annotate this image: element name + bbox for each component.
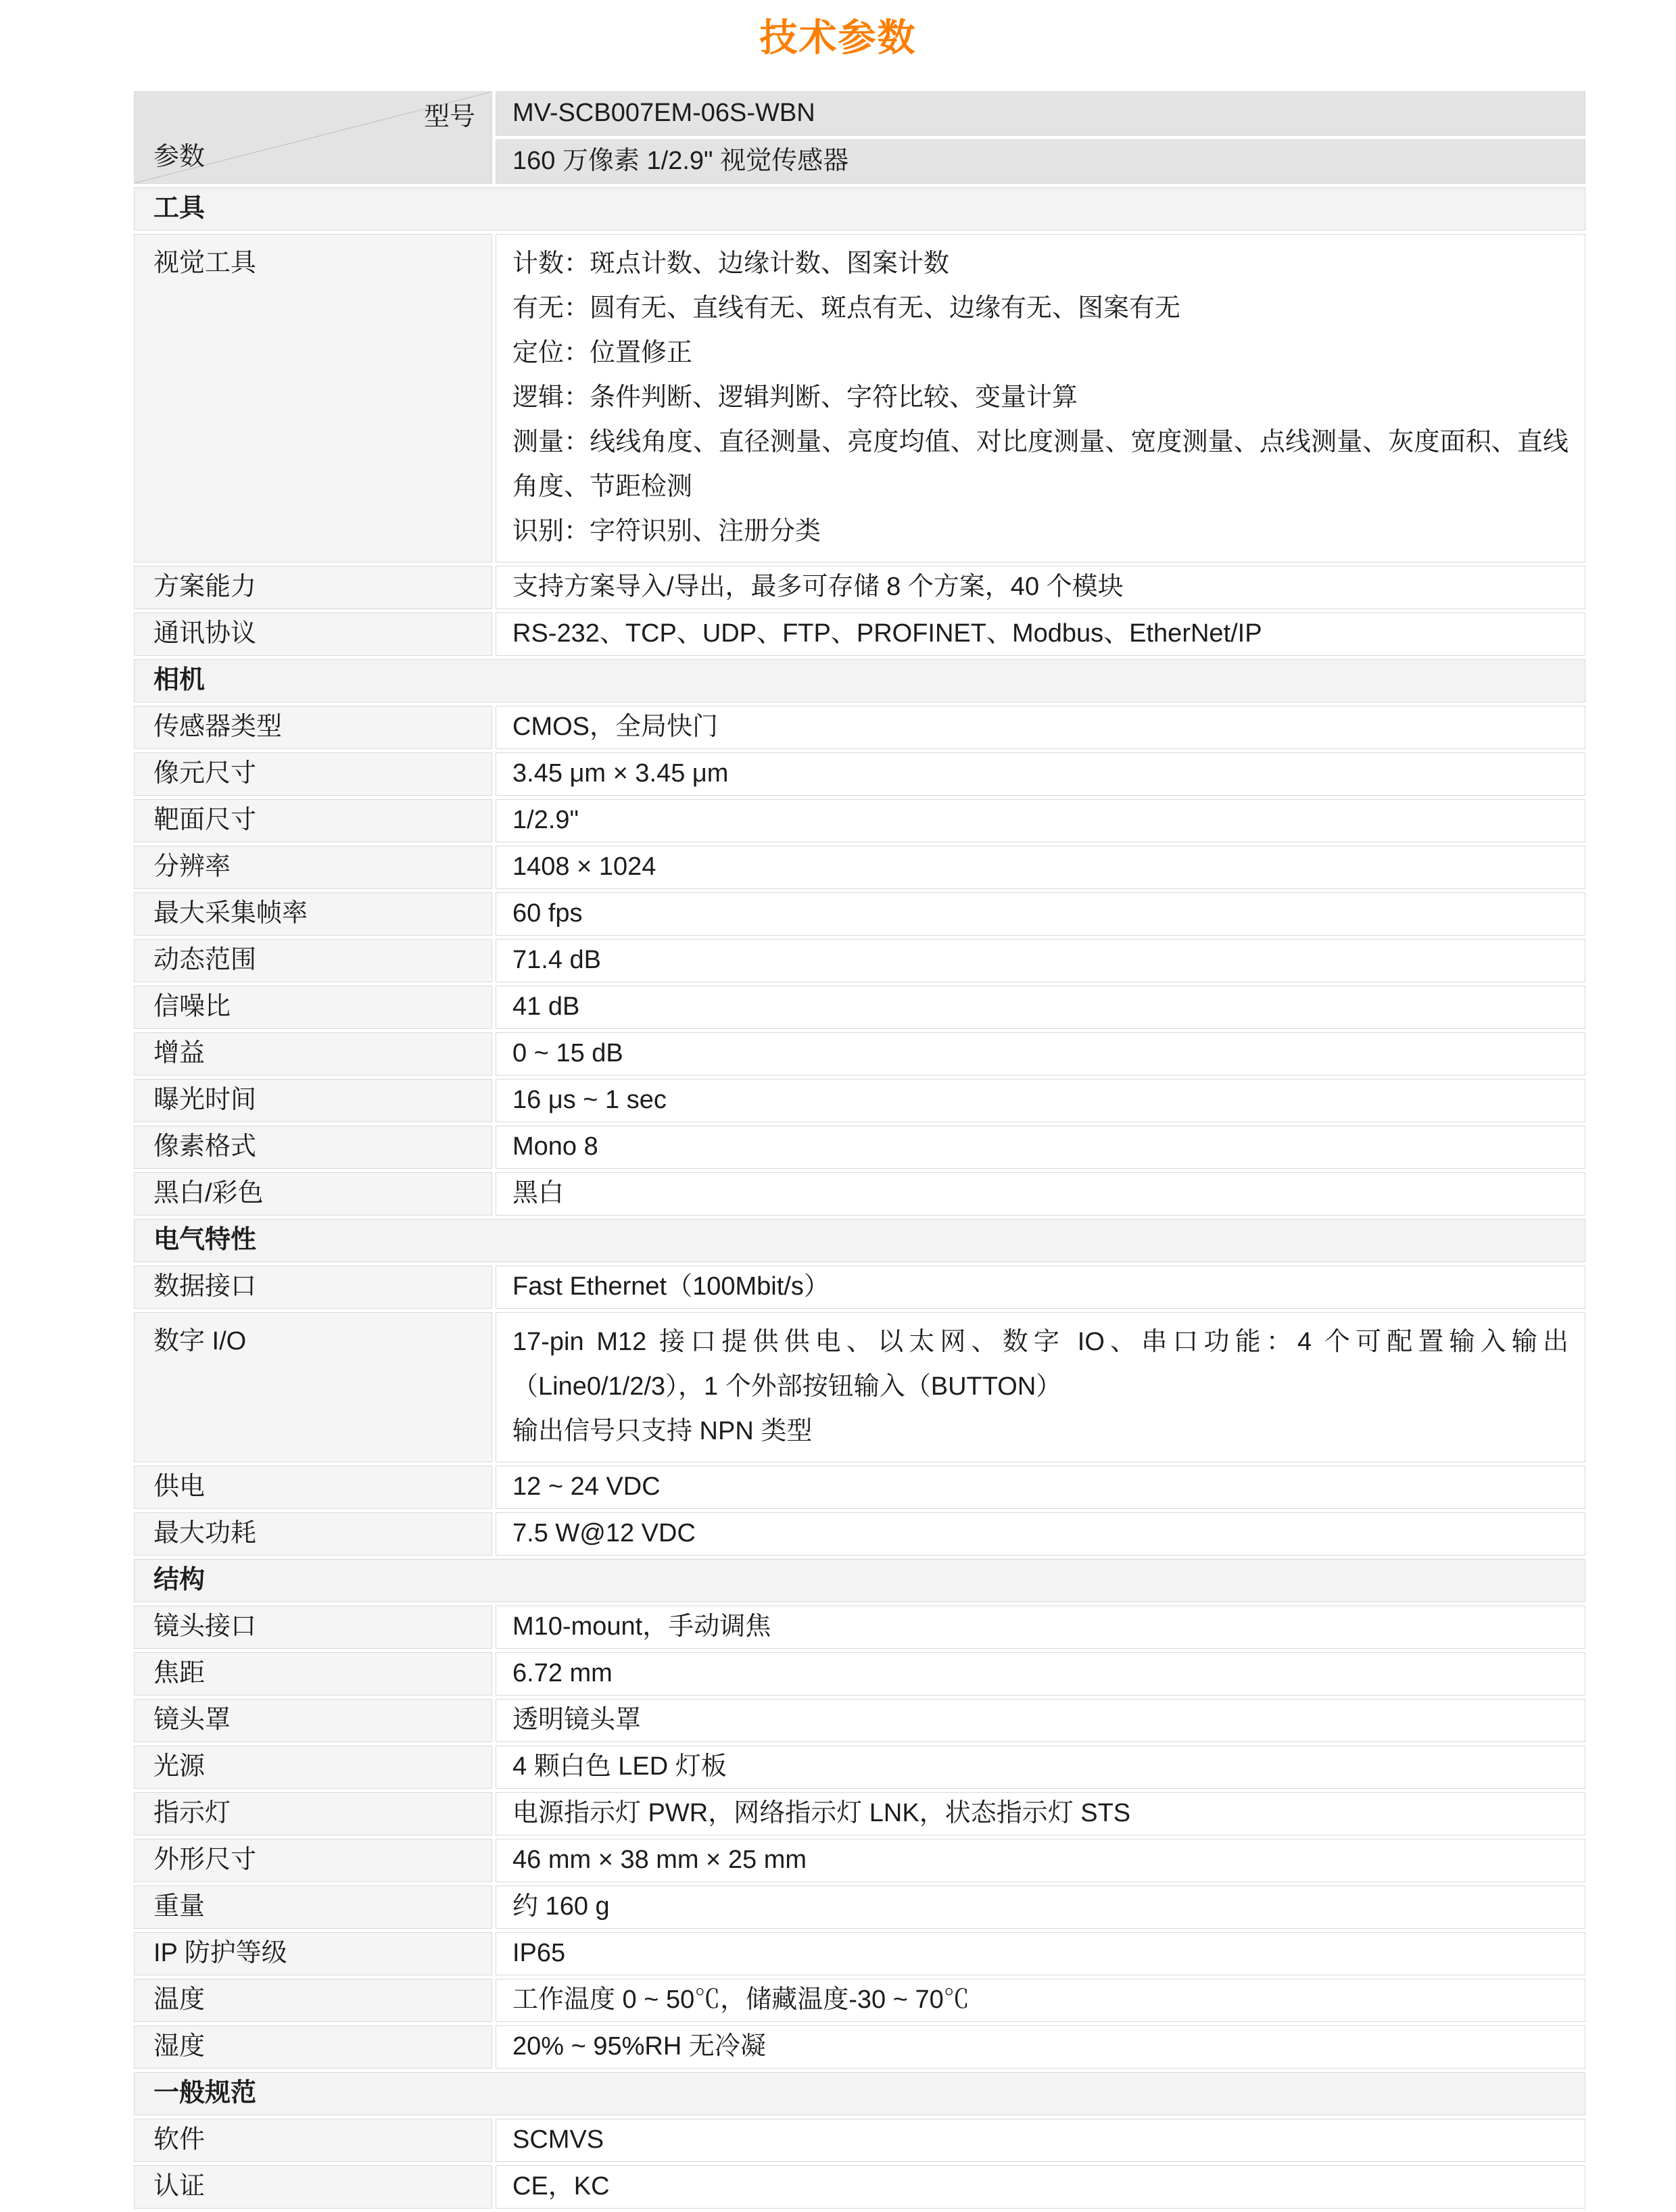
spec-value-line: 1408 × 1024 [512,852,1569,882]
spec-value: 1/2.9" [496,799,1585,842]
spec-label: 通讯协议 [134,612,492,656]
table-row: 动态范围71.4 dB [134,939,1585,982]
spec-label: 供电 [134,1466,492,1509]
spec-value: 电源指示灯 PWR，网络指示灯 LNK，状态指示灯 STS [496,1792,1585,1835]
spec-label: 最大功耗 [134,1512,492,1556]
table-row: 焦距6.72 mm [134,1652,1585,1696]
spec-label: 湿度 [134,2025,492,2069]
table-row: 传感器类型CMOS，全局快门 [134,706,1585,749]
spec-value-line: 支持方案导入/导出，最多可存储 8 个方案，40 个模块 [512,573,1569,602]
spec-value-line: 71.4 dB [512,946,1569,976]
spec-value-line: 3.45 μm × 3.45 μm [512,759,1569,789]
spec-label: 认证 [134,2165,492,2209]
spec-value: 1408 × 1024 [496,846,1585,889]
diagonal-header-cell: 型号 参数 [134,91,492,184]
spec-value-line: 7.5 W@12 VDC [512,1519,1569,1549]
spec-value: 17-pin M12 接口提供供电、以太网、数字 IO、串口功能：4 个可配置输… [496,1312,1585,1462]
spec-value: CMOS，全局快门 [496,706,1585,749]
spec-value: M10-mount，手动调焦 [496,1606,1585,1649]
table-row: 最大功耗7.5 W@12 VDC [134,1512,1585,1556]
section-title: 一般规范 [134,2072,1585,2115]
section-header-row: 电气特性 [134,1219,1585,1262]
spec-value-line: 41 dB [512,992,1569,1022]
spec-value-line: 16 μs ~ 1 sec [512,1086,1569,1115]
spec-label: 软件 [134,2119,492,2162]
spec-value: 71.4 dB [496,939,1585,982]
section-header-row: 工具 [134,187,1585,231]
spec-label: 黑白/彩色 [134,1172,492,1216]
section-header-row: 一般规范 [134,2072,1585,2115]
spec-value: 16 μs ~ 1 sec [496,1079,1585,1122]
table-row: 数字 I/O17-pin M12 接口提供供电、以太网、数字 IO、串口功能：4… [134,1312,1585,1462]
spec-label: 外形尺寸 [134,1839,492,1882]
spec-value: SCMVS [496,2119,1585,2162]
spec-value: 6.72 mm [496,1652,1585,1696]
spec-value-line: 约 160 g [512,1892,1569,1922]
spec-value-line: 20% ~ 95%RH 无冷凝 [512,2032,1569,2062]
spec-label: 重量 [134,1885,492,1929]
section-title: 相机 [134,659,1585,702]
table-row: 靶面尺寸1/2.9" [134,799,1585,842]
spec-value-line: CMOS，全局快门 [512,713,1569,742]
table-row: 镜头接口M10-mount，手动调焦 [134,1606,1585,1649]
table-row: IP 防护等级IP65 [134,1932,1585,1975]
spec-value-line: 计数：斑点计数、边缘计数、图案计数 [512,241,1569,286]
spec-label: 像元尺寸 [134,752,492,796]
spec-value: 3.45 μm × 3.45 μm [496,752,1585,796]
table-row: 方案能力支持方案导入/导出，最多可存储 8 个方案，40 个模块 [134,566,1585,609]
table-row: 认证CE，KC [134,2165,1585,2209]
spec-value-line: 逻辑：条件判断、逻辑判断、字符比较、变量计算 [512,375,1569,420]
spec-value: 约 160 g [496,1885,1585,1929]
spec-value: 工作温度 0 ~ 50℃，储藏温度-30 ~ 70℃ [496,1979,1585,2022]
spec-label: IP 防护等级 [134,1932,492,1975]
table-row: 温度工作温度 0 ~ 50℃，储藏温度-30 ~ 70℃ [134,1979,1585,2022]
spec-value-line: 0 ~ 15 dB [512,1039,1569,1069]
spec-value: 41 dB [496,986,1585,1029]
spec-value: Mono 8 [496,1126,1585,1169]
spec-value-line: RS-232、TCP、UDP、FTP、PROFINET、Modbus、Ether… [512,619,1569,649]
spec-value-line: 测量：线线角度、直径测量、亮度均值、对比度测量、宽度测量、点线测量、灰度面积、直… [512,420,1569,509]
spec-value-line: SCMVS [512,2125,1569,2155]
spec-value: 0 ~ 15 dB [496,1032,1585,1076]
spec-value-line: 透明镜头罩 [512,1706,1569,1735]
param-value: 160 万像素 1/2.9" 视觉传感器 [496,139,1585,184]
table-row: 最大采集帧率60 fps [134,892,1585,936]
spec-table: 型号 参数 MV-SCB007EM-06S-WBN 160 万像素 1/2.9"… [130,88,1589,2212]
table-row: 视觉工具计数：斑点计数、边缘计数、图案计数有无：圆有无、直线有无、斑点有无、边缘… [134,234,1585,562]
table-row: 黑白/彩色黑白 [134,1172,1585,1216]
spec-value-line: M10-mount，手动调焦 [512,1612,1569,1642]
table-row: 镜头罩透明镜头罩 [134,1699,1585,1742]
spec-label: 焦距 [134,1652,492,1696]
spec-label: 光源 [134,1746,492,1789]
spec-value: 计数：斑点计数、边缘计数、图案计数有无：圆有无、直线有无、斑点有无、边缘有无、图… [496,234,1585,562]
spec-label: 增益 [134,1032,492,1076]
table-row: 湿度20% ~ 95%RH 无冷凝 [134,2025,1585,2069]
table-row: 信噪比41 dB [134,986,1585,1029]
section-title: 电气特性 [134,1219,1585,1262]
spec-label: 温度 [134,1979,492,2022]
model-value: MV-SCB007EM-06S-WBN [496,91,1585,136]
spec-label: 方案能力 [134,566,492,609]
spec-label: 像素格式 [134,1126,492,1169]
spec-value: 7.5 W@12 VDC [496,1512,1585,1556]
table-row: 软件SCMVS [134,2119,1585,2162]
spec-value-line: 4 颗白色 LED 灯板 [512,1752,1569,1782]
spec-label: 数字 I/O [134,1312,492,1462]
spec-label: 动态范围 [134,939,492,982]
table-row: 供电12 ~ 24 VDC [134,1466,1585,1509]
spec-value-line: 电源指示灯 PWR，网络指示灯 LNK，状态指示灯 STS [512,1799,1569,1829]
spec-value: 20% ~ 95%RH 无冷凝 [496,2025,1585,2069]
spec-value-line: Mono 8 [512,1132,1569,1162]
spec-value: 透明镜头罩 [496,1699,1585,1742]
spec-label: 镜头接口 [134,1606,492,1649]
spec-value: Fast Ethernet（100Mbit/s） [496,1266,1585,1309]
spec-value: 12 ~ 24 VDC [496,1466,1585,1509]
table-row: 曝光时间16 μs ~ 1 sec [134,1079,1585,1122]
page-title: 技术参数 [0,0,1676,62]
model-header-label: 型号 [424,103,475,133]
spec-table-body: 型号 参数 MV-SCB007EM-06S-WBN 160 万像素 1/2.9"… [134,91,1585,2209]
spec-value-line: IP65 [512,1939,1569,1969]
table-row: 外形尺寸46 mm × 38 mm × 25 mm [134,1839,1585,1882]
spec-value-line: 46 mm × 38 mm × 25 mm [512,1846,1569,1875]
param-header-label: 参数 [153,143,205,172]
spec-value-line: CE，KC [512,2172,1569,2202]
spec-value: IP65 [496,1932,1585,1975]
spec-label: 信噪比 [134,986,492,1029]
table-row: 像元尺寸3.45 μm × 3.45 μm [134,752,1585,796]
spec-label: 分辨率 [134,846,492,889]
spec-label: 最大采集帧率 [134,892,492,936]
section-title: 工具 [134,187,1585,231]
spec-label: 曝光时间 [134,1079,492,1122]
spec-value-line: 60 fps [512,899,1569,929]
spec-label: 传感器类型 [134,706,492,749]
spec-value-line: 1/2.9" [512,806,1569,836]
spec-value: 黑白 [496,1172,1585,1216]
section-title: 结构 [134,1559,1585,1602]
header-row-model: 型号 参数 MV-SCB007EM-06S-WBN [134,91,1585,136]
table-row: 光源4 颗白色 LED 灯板 [134,1746,1585,1789]
spec-value-line: 有无：圆有无、直线有无、斑点有无、边缘有无、图案有无 [512,286,1569,331]
table-row: 像素格式Mono 8 [134,1126,1585,1169]
table-row: 通讯协议RS-232、TCP、UDP、FTP、PROFINET、Modbus、E… [134,612,1585,656]
spec-value: 60 fps [496,892,1585,936]
spec-value-line: 输出信号只支持 NPN 类型 [512,1409,1569,1453]
section-header-row: 相机 [134,659,1585,702]
spec-label: 靶面尺寸 [134,799,492,842]
spec-value: CE，KC [496,2165,1585,2209]
spec-value: 支持方案导入/导出，最多可存储 8 个方案，40 个模块 [496,566,1585,609]
spec-value-line: 12 ~ 24 VDC [512,1472,1569,1502]
spec-value: 46 mm × 38 mm × 25 mm [496,1839,1585,1882]
spec-value-line: Fast Ethernet（100Mbit/s） [512,1272,1569,1302]
spec-value: 4 颗白色 LED 灯板 [496,1746,1585,1789]
table-row: 数据接口Fast Ethernet（100Mbit/s） [134,1266,1585,1309]
spec-label: 视觉工具 [134,234,492,562]
table-row: 分辨率1408 × 1024 [134,846,1585,889]
spec-value: RS-232、TCP、UDP、FTP、PROFINET、Modbus、Ether… [496,612,1585,656]
spec-value-line: 工作温度 0 ~ 50℃，储藏温度-30 ~ 70℃ [512,1986,1569,2015]
spec-label: 指示灯 [134,1792,492,1835]
table-row: 指示灯电源指示灯 PWR，网络指示灯 LNK，状态指示灯 STS [134,1792,1585,1835]
spec-label: 数据接口 [134,1266,492,1309]
spec-value-line: 识别：字符识别、注册分类 [512,509,1569,554]
table-row: 增益0 ~ 15 dB [134,1032,1585,1076]
spec-label: 镜头罩 [134,1699,492,1742]
spec-value-line: 17-pin M12 接口提供供电、以太网、数字 IO、串口功能：4 个可配置输… [512,1320,1569,1409]
spec-value-line: 6.72 mm [512,1659,1569,1689]
spec-value-line: 定位：位置修正 [512,331,1569,375]
section-header-row: 结构 [134,1559,1585,1602]
table-row: 重量约 160 g [134,1885,1585,1929]
spec-value-line: 黑白 [512,1179,1569,1209]
